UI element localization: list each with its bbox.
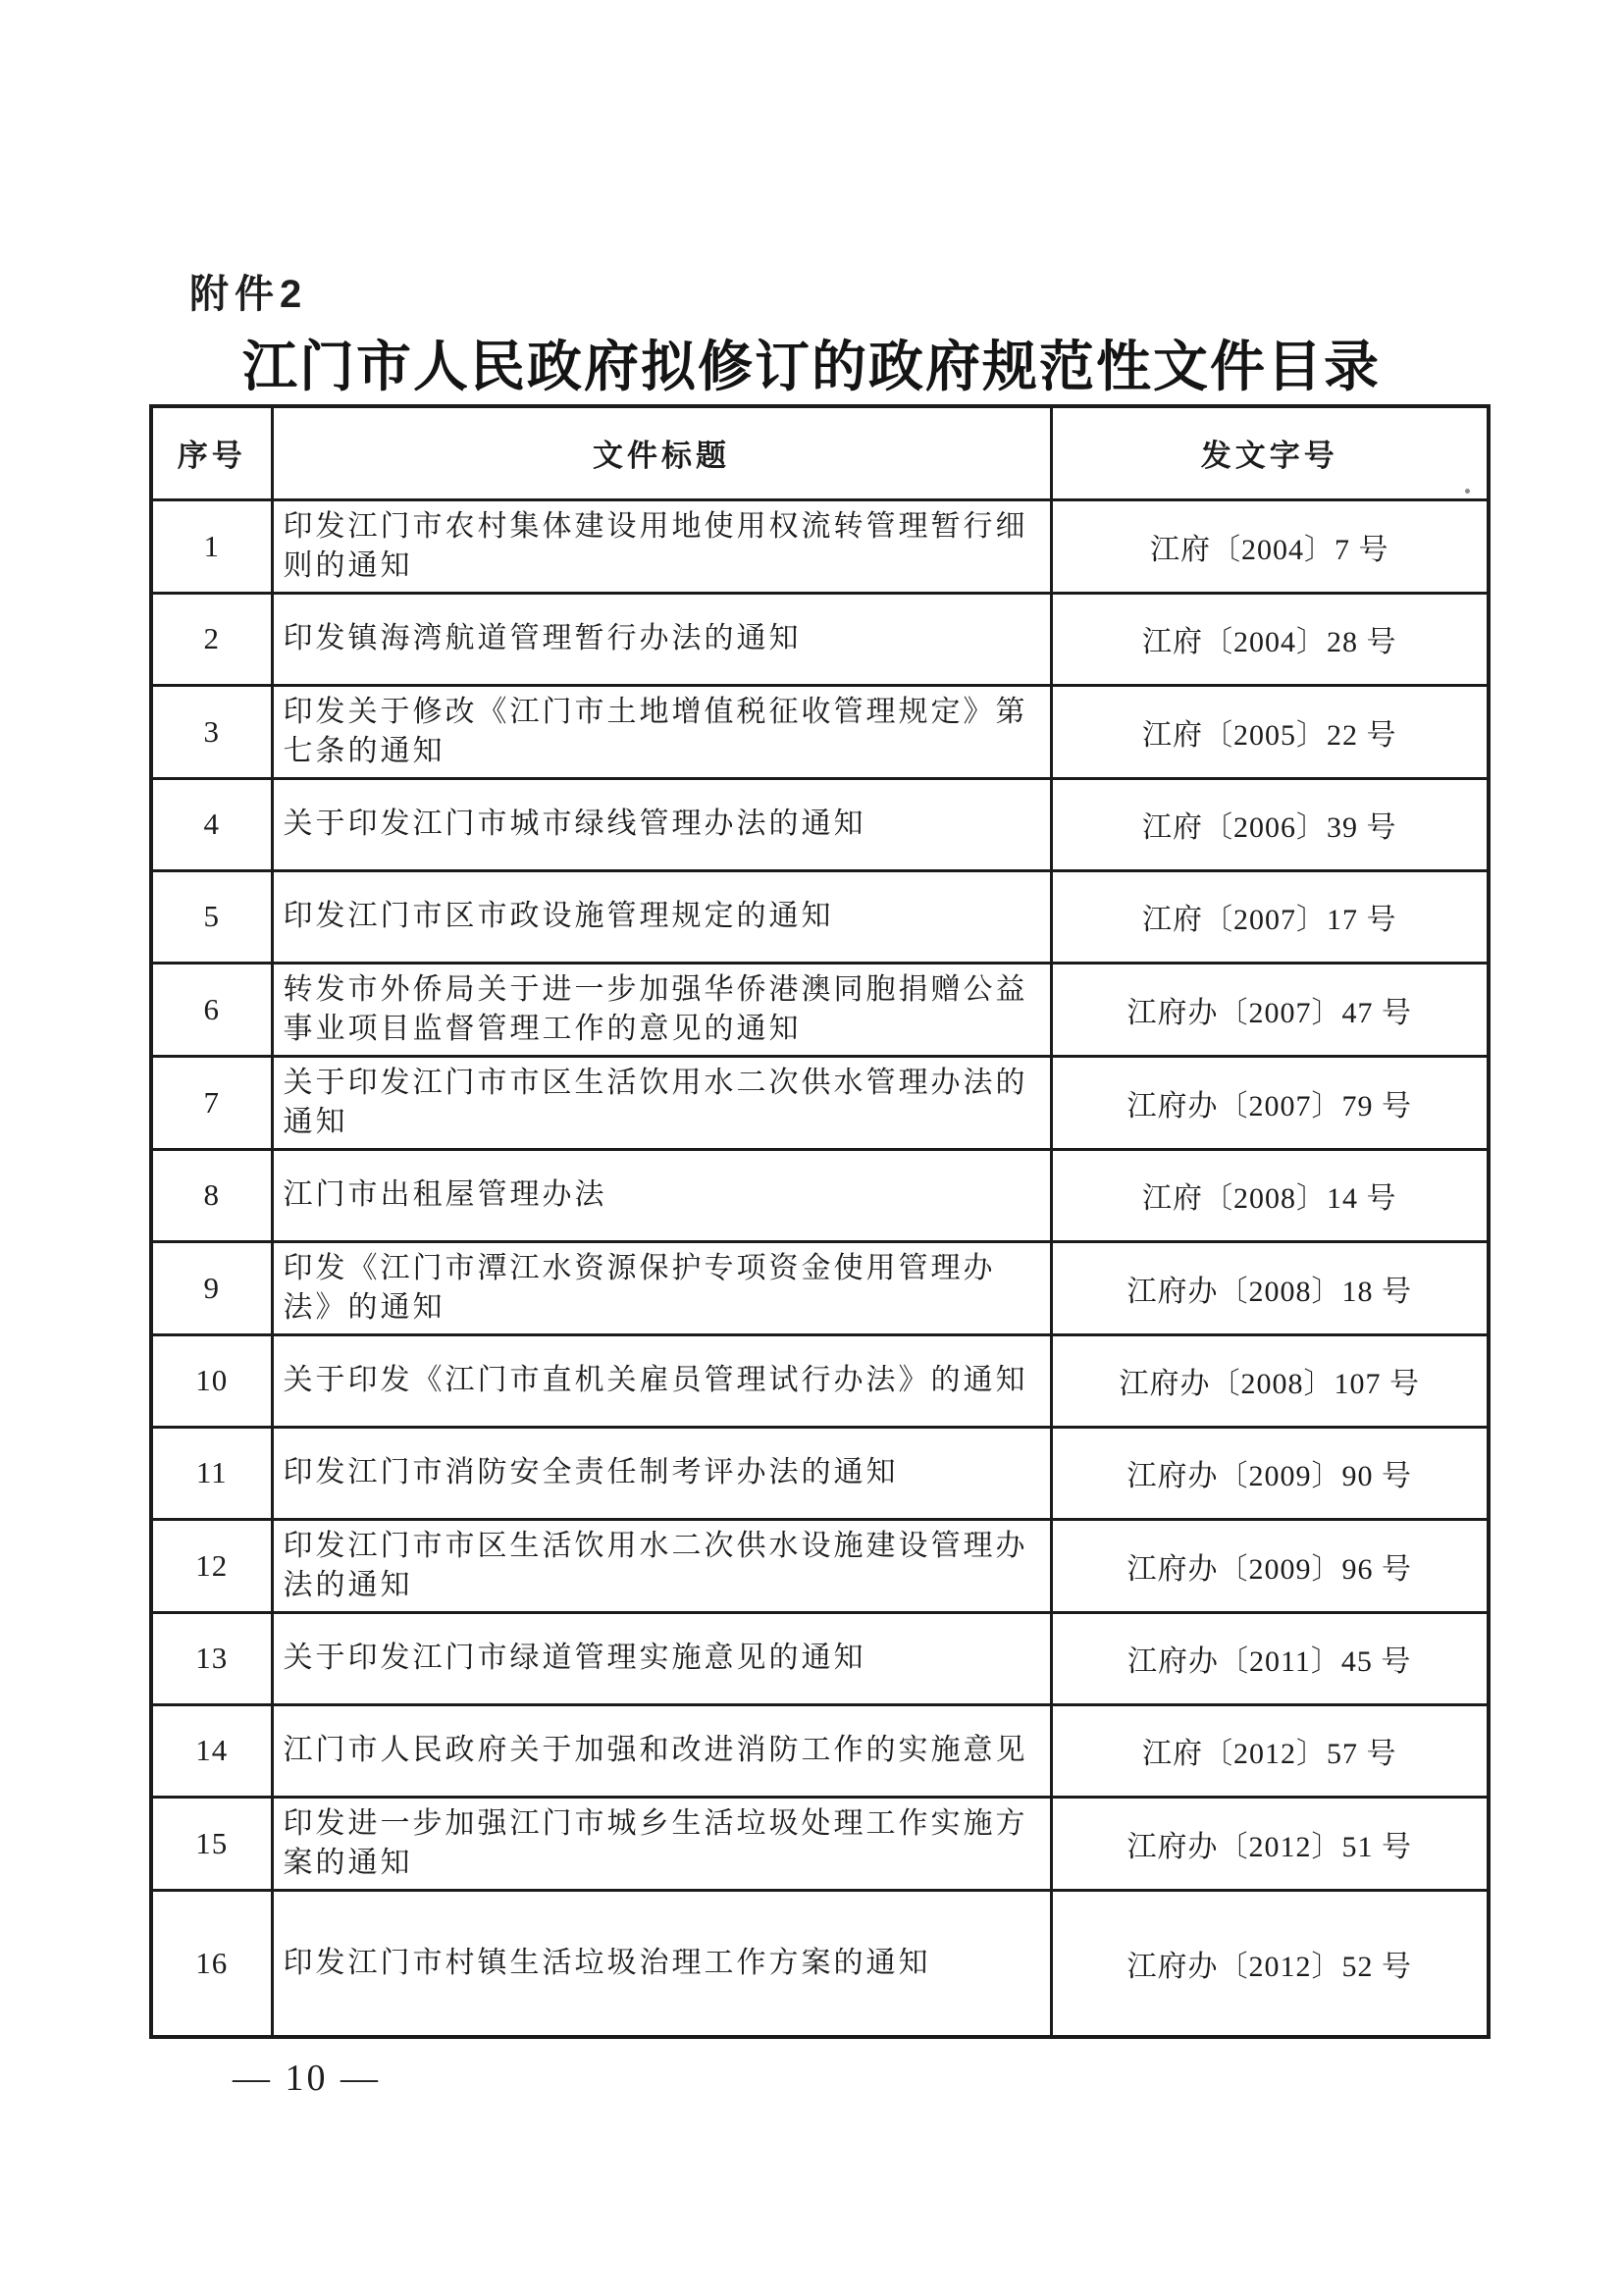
table-row: 3 印发关于修改《江门市土地增值税征收管理规定》第七条的通知 江府〔2005〕2… — [151, 685, 1489, 778]
header-doc-number: 发文字号 — [1051, 406, 1489, 499]
row-index: 4 — [151, 778, 272, 870]
row-index: 12 — [151, 1519, 272, 1612]
table-row: 14 江门市人民政府关于加强和改进消防工作的实施意见 江府〔2012〕57 号 — [151, 1704, 1489, 1797]
header-index: 序号 — [151, 406, 272, 499]
row-index: 10 — [151, 1334, 272, 1427]
row-doc-number: 江府办〔2007〕47 号 — [1051, 963, 1489, 1056]
document-page: 附件2 江门市人民政府拟修订的政府规范性文件目录 序号 文件标题 发文字号 1 … — [0, 0, 1623, 2296]
row-index: 6 — [151, 963, 272, 1056]
row-title: 印发江门市农村集体建设用地使用权流转管理暂行细则的通知 — [272, 499, 1051, 593]
table-row: 16 印发江门市村镇生活垃圾治理工作方案的通知 江府办〔2012〕52 号 — [151, 1890, 1489, 2037]
row-title: 印发进一步加强江门市城乡生活垃圾处理工作实施方案的通知 — [272, 1797, 1051, 1890]
row-index: 5 — [151, 870, 272, 963]
table-row: 9 印发《江门市潭江水资源保护专项资金使用管理办法》的通知 江府办〔2008〕1… — [151, 1241, 1489, 1334]
header-title: 文件标题 — [272, 406, 1051, 499]
row-title: 关于印发江门市绿道管理实施意见的通知 — [272, 1612, 1051, 1704]
row-title: 印发江门市区市政设施管理规定的通知 — [272, 870, 1051, 963]
page-title: 江门市人民政府拟修订的政府规范性文件目录 — [0, 324, 1623, 402]
row-index: 11 — [151, 1427, 272, 1519]
documents-table: 序号 文件标题 发文字号 1 印发江门市农村集体建设用地使用权流转管理暂行细则的… — [149, 404, 1491, 2039]
row-title: 江门市出租屋管理办法 — [272, 1149, 1051, 1241]
table-row: 13 关于印发江门市绿道管理实施意见的通知 江府办〔2011〕45 号 — [151, 1612, 1489, 1704]
row-doc-number: 江府〔2006〕39 号 — [1051, 778, 1489, 870]
row-title: 印发镇海湾航道管理暂行办法的通知 — [272, 593, 1051, 685]
table-header-row: 序号 文件标题 发文字号 — [151, 406, 1489, 499]
row-doc-number: 江府办〔2011〕45 号 — [1051, 1612, 1489, 1704]
row-doc-number: 江府办〔2012〕51 号 — [1051, 1797, 1489, 1890]
table-row: 1 印发江门市农村集体建设用地使用权流转管理暂行细则的通知 江府〔2004〕7 … — [151, 499, 1489, 593]
table-row: 11 印发江门市消防安全责任制考评办法的通知 江府办〔2009〕90 号 — [151, 1427, 1489, 1519]
row-index: 1 — [151, 499, 272, 593]
row-title: 印发江门市市区生活饮用水二次供水设施建设管理办法的通知 — [272, 1519, 1051, 1612]
row-index: 13 — [151, 1612, 272, 1704]
row-doc-number: 江府〔2004〕28 号 — [1051, 593, 1489, 685]
table-row: 12 印发江门市市区生活饮用水二次供水设施建设管理办法的通知 江府办〔2009〕… — [151, 1519, 1489, 1612]
row-doc-number: 江府办〔2007〕79 号 — [1051, 1056, 1489, 1149]
row-doc-number: 江府〔2007〕17 号 — [1051, 870, 1489, 963]
row-title: 关于印发江门市市区生活饮用水二次供水管理办法的通知 — [272, 1056, 1051, 1149]
table-row: 8 江门市出租屋管理办法 江府〔2008〕14 号 — [151, 1149, 1489, 1241]
row-title: 印发《江门市潭江水资源保护专项资金使用管理办法》的通知 — [272, 1241, 1051, 1334]
row-doc-number: 江府〔2012〕57 号 — [1051, 1704, 1489, 1797]
table-row: 6 转发市外侨局关于进一步加强华侨港澳同胞捐赠公益事业项目监督管理工作的意见的通… — [151, 963, 1489, 1056]
row-index: 3 — [151, 685, 272, 778]
table-row: 15 印发进一步加强江门市城乡生活垃圾处理工作实施方案的通知 江府办〔2012〕… — [151, 1797, 1489, 1890]
table-row: 2 印发镇海湾航道管理暂行办法的通知 江府〔2004〕28 号 — [151, 593, 1489, 685]
row-doc-number: 江府〔2005〕22 号 — [1051, 685, 1489, 778]
row-title: 关于印发江门市城市绿线管理办法的通知 — [272, 778, 1051, 870]
row-title: 江门市人民政府关于加强和改进消防工作的实施意见 — [272, 1704, 1051, 1797]
attachment-label: 附件2 — [189, 263, 307, 319]
scan-speck — [1465, 489, 1470, 494]
row-index: 8 — [151, 1149, 272, 1241]
row-index: 7 — [151, 1056, 272, 1149]
row-doc-number: 江府〔2004〕7 号 — [1051, 499, 1489, 593]
row-title: 转发市外侨局关于进一步加强华侨港澳同胞捐赠公益事业项目监督管理工作的意见的通知 — [272, 963, 1051, 1056]
page-number: — 10 — — [233, 2057, 381, 2100]
table-row: 5 印发江门市区市政设施管理规定的通知 江府〔2007〕17 号 — [151, 870, 1489, 963]
row-index: 9 — [151, 1241, 272, 1334]
row-title: 关于印发《江门市直机关雇员管理试行办法》的通知 — [272, 1334, 1051, 1427]
table-row: 10 关于印发《江门市直机关雇员管理试行办法》的通知 江府办〔2008〕107 … — [151, 1334, 1489, 1427]
table-row: 7 关于印发江门市市区生活饮用水二次供水管理办法的通知 江府办〔2007〕79 … — [151, 1056, 1489, 1149]
row-index: 16 — [151, 1890, 272, 2037]
row-title: 印发江门市村镇生活垃圾治理工作方案的通知 — [272, 1890, 1051, 2037]
row-index: 2 — [151, 593, 272, 685]
table-row: 4 关于印发江门市城市绿线管理办法的通知 江府〔2006〕39 号 — [151, 778, 1489, 870]
row-title: 印发江门市消防安全责任制考评办法的通知 — [272, 1427, 1051, 1519]
row-doc-number: 江府办〔2009〕96 号 — [1051, 1519, 1489, 1612]
row-doc-number: 江府办〔2008〕107 号 — [1051, 1334, 1489, 1427]
row-doc-number: 江府办〔2008〕18 号 — [1051, 1241, 1489, 1334]
row-doc-number: 江府办〔2012〕52 号 — [1051, 1890, 1489, 2037]
row-index: 14 — [151, 1704, 272, 1797]
row-doc-number: 江府〔2008〕14 号 — [1051, 1149, 1489, 1241]
row-title: 印发关于修改《江门市土地增值税征收管理规定》第七条的通知 — [272, 685, 1051, 778]
row-doc-number: 江府办〔2009〕90 号 — [1051, 1427, 1489, 1519]
row-index: 15 — [151, 1797, 272, 1890]
